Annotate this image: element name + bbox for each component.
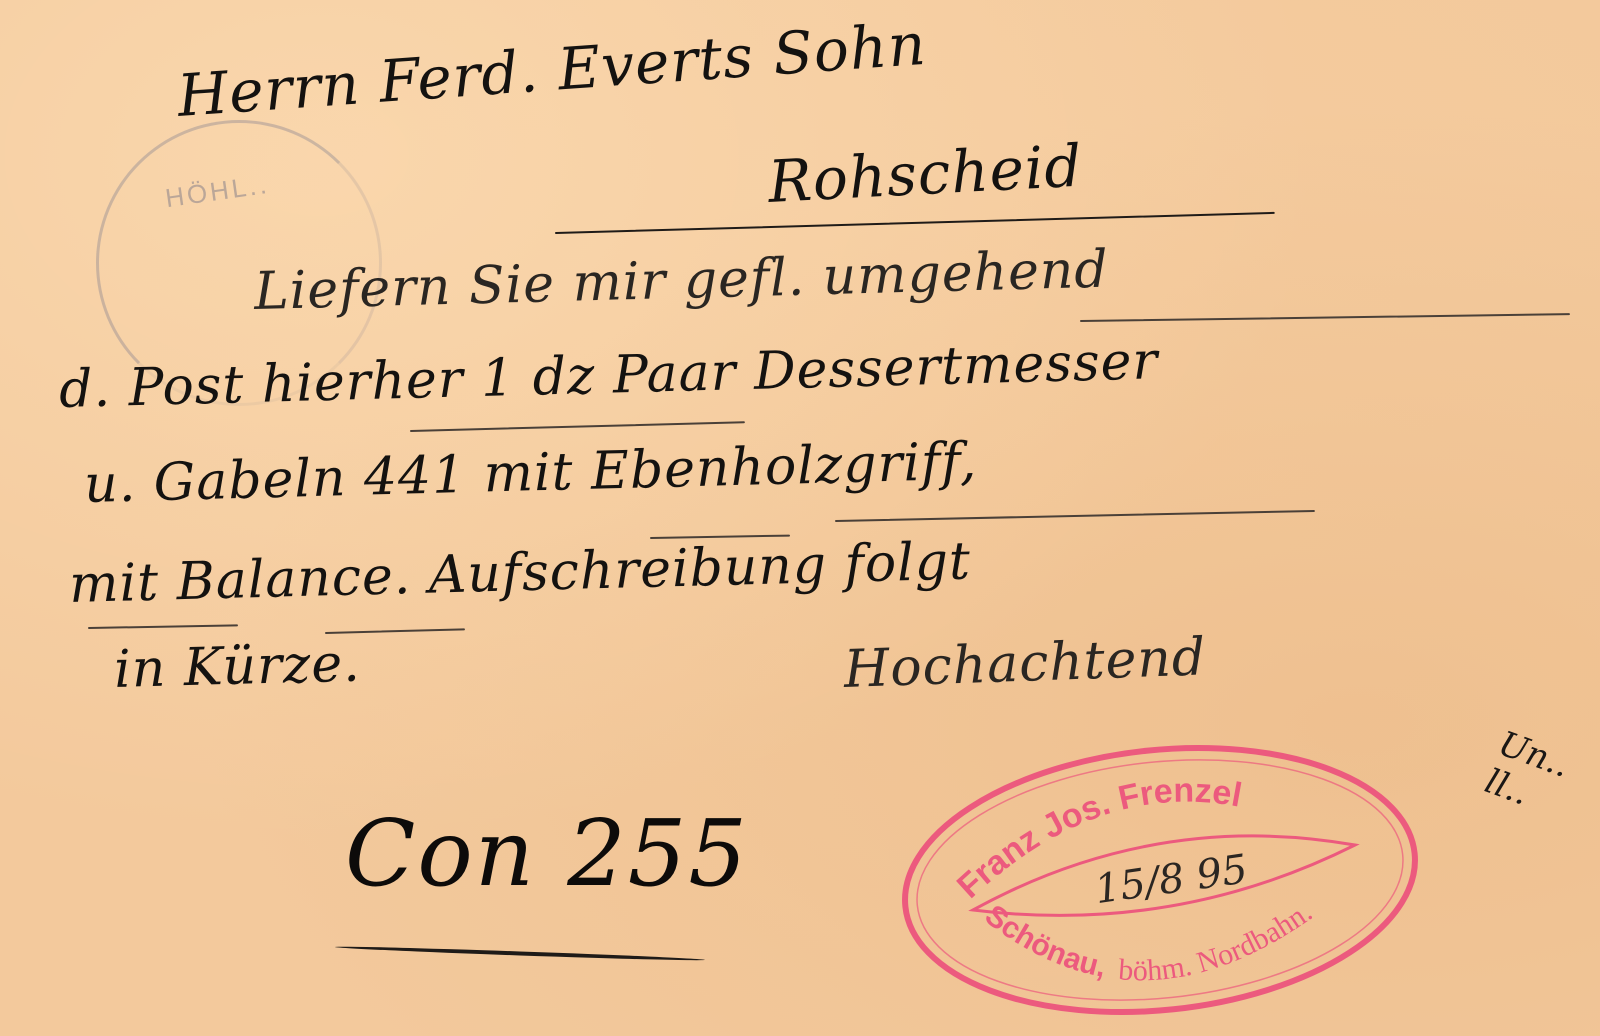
message-line-4-underline-a [88,624,238,628]
message-line-5: in Kürze. [113,634,361,700]
recipient-name: Herrn Ferd. Everts Sohn [175,10,928,130]
message-line-1-underline [1080,313,1570,321]
postcard: HÖHL.. Herrn Ferd. Everts Sohn Rohscheid… [0,0,1600,1036]
message-line-2-underline [410,421,745,431]
recipient-place: Rohscheid [766,132,1084,216]
company-stamp: Franz Jos. Frenzel Schönau, böhm. Nordba… [895,735,1425,1025]
message-line-3-underline-b [835,510,1315,522]
margin-note: Un.. ll.. [1480,724,1600,837]
reference-number: Con 255 [345,800,749,907]
message-line-4-underline-b [325,628,465,633]
closing-signature: Hochachtend [843,627,1207,700]
message-line-1: Liefern Sie mir gefl. umgehend [253,240,1109,322]
address-underline [555,212,1275,234]
stamp-handwritten-date: 15/8 95 [1092,846,1250,913]
stamp-bottom-bold: Schönau, [979,899,1109,984]
message-line-4: mit Balance. Aufschreibung folgt [68,531,971,615]
reference-underline [335,945,705,962]
message-line-3: u. Gabeln 441 mit Ebenholzgriff, [83,432,977,515]
